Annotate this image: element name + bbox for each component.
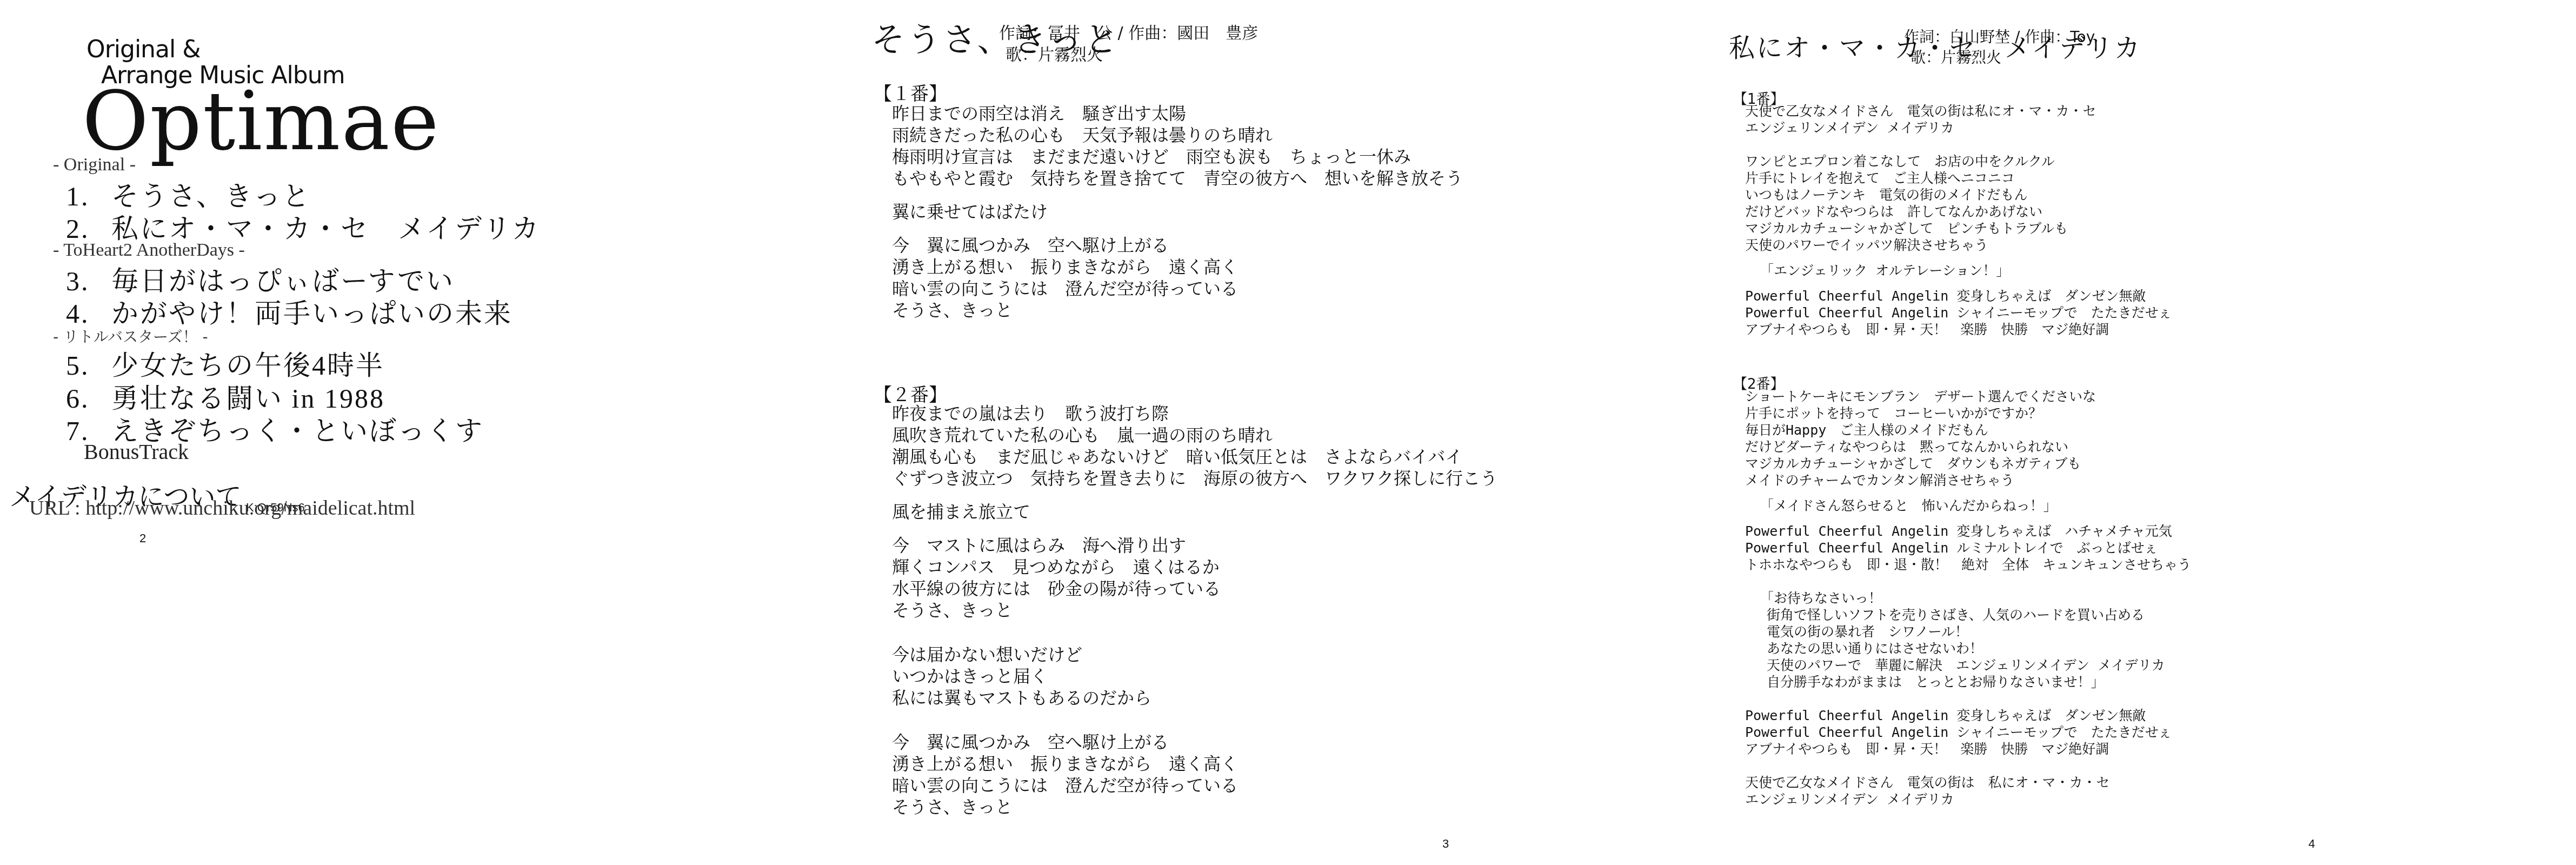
- lyric-line: 今は届かない想いだけど: [892, 644, 1497, 666]
- spoken-line: あなたの思い通りにはさせないわ！: [1745, 640, 2191, 657]
- spoken-line: 街角で怪しいソフトを売りさばき、人気のハードを買い占める: [1745, 607, 2191, 623]
- lyric-line: Powerful Cheerful Angelin 変身しちゃえば ダンゼン無敵: [1745, 288, 2172, 304]
- credits-writers: 作詞：冨井 公 / 作曲：國田 豊彦: [999, 23, 1258, 44]
- lyric-line: アブナイやつらも 即・昇・天！ 楽勝 快勝 マジ絶好調: [1745, 321, 2172, 338]
- lyric-line: 暗い雲の向こうには 澄んだ空が待っている: [892, 775, 1497, 796]
- lyric-line: ショートケーキにモンブラン デザート選んでくださいな: [1745, 388, 2191, 405]
- lyric-quote: 「エンジェリック オルテレーション！」: [1745, 262, 2172, 279]
- song-credits: 作詞：冨井 公 / 作曲：國田 豊彦 歌：片霧烈火: [999, 23, 1258, 66]
- lyric-line: 天使のパワーでイッパツ解決させちゃう: [1745, 237, 2172, 254]
- lyric-line: Powerful Cheerful Angelin シャイニーモップで たたきだ…: [1745, 724, 2191, 741]
- page-2-tracklist: Original & Arrange Music Album Optimae -…: [0, 0, 854, 865]
- lyric-line: そうさ、きっと: [892, 796, 1497, 818]
- section-label-toheart2: - ToHeart2 AnotherDays -: [53, 240, 245, 261]
- page-number: 2: [139, 531, 146, 545]
- lyric-line: もやもやと霞む 気持ちを置き捨てて 青空の彼方へ 想いを解き放そう: [892, 168, 1463, 189]
- lyric-line: いつかはきっと届く: [892, 666, 1497, 687]
- track-title: かがやけ！両手いっぱいの未来: [111, 298, 512, 329]
- lyric-line: だけどダーティなやつらは 黙ってなんかいられない: [1745, 438, 2191, 455]
- track-title: 私にオ・マ・カ・セ メイデリカ: [111, 214, 541, 244]
- album-subtitle-line-1: Original &: [86, 36, 200, 63]
- lyric-line: エンジェリンメイデン メイデリカ: [1745, 119, 2172, 136]
- serial-code: K:Qr59Ns6: [246, 501, 305, 515]
- spoken-line: 天使のパワーで 華麗に解決 エンジェリンメイデン メイデリカ: [1745, 657, 2191, 674]
- lyric-line: そうさ、きっと: [892, 600, 1497, 621]
- spoken-line: 自分勝手なわがままは とっととお帰りなさいませ！」: [1745, 674, 2191, 690]
- section-label-original: - Original -: [53, 155, 136, 175]
- lyric-line: メイドのチャームでカンタン解消させちゃう: [1745, 472, 2191, 489]
- lyric-line: だけどバッドなやつらは 許してなんかあげない: [1745, 203, 2172, 220]
- lyric-line: 湧き上がる想い 振りまきながら 遠く高く: [892, 256, 1463, 278]
- lyric-line: 今 翼に風つかみ 空へ駆け上がる: [892, 731, 1497, 753]
- lyric-line: トホホなやつらも 即・退・散！ 絶対 全体 キュンキュンさせちゃう: [1745, 556, 2191, 573]
- lyric-line: マジカルカチューシャかざして ピンチもトラブルも: [1745, 220, 2172, 237]
- lyric-line: そうさ、きっと: [892, 300, 1463, 321]
- album-title: Optimae: [82, 81, 440, 162]
- lyric-quote: 「メイドさん怒らせると 怖いんだからねっ！」: [1745, 497, 2191, 514]
- lyric-line: 今 翼に風つかみ 空へ駆け上がる: [892, 235, 1463, 256]
- lyric-line: ワンピとエプロン着こなして お店の中をクルクル: [1745, 153, 2172, 170]
- page-number: 4: [2308, 837, 2315, 851]
- lyric-line: Powerful Cheerful Angelin 変身しちゃえば ハチャメチャ…: [1745, 523, 2191, 540]
- lyric-line: 暗い雲の向こうには 澄んだ空が待っている: [892, 278, 1463, 300]
- lyric-line: いつもはノーテンキ 電気の街のメイドだもん: [1745, 187, 2172, 203]
- lyric-line: Powerful Cheerful Angelin ルミナルトレイで ぶっとばせ…: [1745, 540, 2191, 556]
- lyrics-block: ショートケーキにモンブラン デザート選んでくださいな 片手にポットを持って コー…: [1745, 388, 2191, 808]
- lyric-line: 輝くコンパス 見つめながら 遠くはるか: [892, 556, 1497, 578]
- lyric-line: 昨日までの雨空は消え 騒ぎ出す太陽: [892, 103, 1463, 124]
- lyric-line: アブナイやつらも 即・昇・天！ 楽勝 快勝 マジ絶好調: [1745, 741, 2191, 757]
- spoken-line: 電気の街の暴れ者 シワノール！: [1745, 623, 2191, 640]
- lyric-line: 天使で乙女なメイドさん 電気の街は 私にオ・マ・カ・セ: [1745, 774, 2191, 791]
- lyric-line: 天使で乙女なメイドさん 電気の街は私にオ・マ・カ・セ: [1745, 103, 2172, 119]
- page-number: 3: [1442, 837, 1449, 851]
- lyric-line: 昨夜までの嵐は去り 歌う波打ち際: [892, 403, 1497, 424]
- credits-vocal: 歌：片霧烈火: [999, 44, 1258, 66]
- lyric-line: 雨続きだった私の心も 天気予報は曇りのち晴れ: [892, 124, 1463, 146]
- spoken-line: 「お待ちなさいっ！: [1745, 590, 2191, 607]
- credits-writers: 作詞：白山野埜 / 作曲：Toy: [1904, 27, 2095, 48]
- lyric-line: 私には翼もマストもあるのだから: [892, 687, 1497, 709]
- verse-1-label: 【１番】: [874, 79, 947, 105]
- lyric-line: 梅雨明け宣言は まだまだ遠いけど 雨空も涙も ちょっと一休み: [892, 146, 1463, 168]
- lyric-line: 翼に乗せてはばたけ: [892, 201, 1463, 223]
- bonus-track-label: BonusTrack: [84, 439, 189, 464]
- track-number: 4.: [66, 298, 111, 329]
- lyrics-block: 昨日までの雨空は消え 騒ぎ出す太陽 雨続きだった私の心も 天気予報は曇りのち晴れ…: [892, 103, 1463, 321]
- lyric-line: 湧き上がる想い 振りまきながら 遠く高く: [892, 753, 1497, 775]
- track-title: 少女たちの午後4時半: [111, 350, 384, 381]
- page-3-lyrics-sousa-kitto: そうさ、きっと 作詞：冨井 公 / 作曲：國田 豊彦 歌：片霧烈火 【１番】 昨…: [854, 0, 1714, 865]
- lyric-line: ぐずつき波立つ 気持ちを置き去りに 海原の彼方へ ワクワク探しに行こう: [892, 468, 1497, 489]
- lyric-line: 潮風も心も まだ凪じゃあないけど 暗い低気圧とは さよならバイバイ: [892, 446, 1497, 468]
- lyric-line: 水平線の彼方には 砂金の陽が待っている: [892, 578, 1497, 600]
- lyric-line: 風を捕まえ旅立て: [892, 501, 1497, 523]
- lyric-line: 片手にトレイを抱えて ご主人様へニコニコ: [1745, 170, 2172, 187]
- lyric-line: Powerful Cheerful Angelin シャイニーモップで たたきだ…: [1745, 304, 2172, 321]
- lyric-line: 毎日がHappy ご主人様のメイドだもん: [1745, 422, 2191, 438]
- lyric-line: 片手にポットを持って コーヒーいかがですか？: [1745, 405, 2191, 422]
- lyric-line: Powerful Cheerful Angelin 変身しちゃえば ダンゼン無敵: [1745, 707, 2191, 724]
- lyric-line: 今 マストに風はらみ 海へ滑り出す: [892, 535, 1497, 556]
- website-url[interactable]: URL : http://www.unchiku.org/maidelicat.…: [29, 496, 415, 520]
- song-credits: 作詞：白山野埜 / 作曲：Toy 歌：片霧烈火: [1904, 27, 2095, 68]
- page-4-lyrics-maidelica: 私にオ・マ・カ・セ メイデリカ 作詞：白山野埜 / 作曲：Toy 歌：片霧烈火 …: [1714, 0, 2576, 865]
- lyric-line: マジカルカチューシャかざして ダウンもネガティブも: [1745, 455, 2191, 472]
- lyric-line: エンジェリンメイデン メイデリカ: [1745, 791, 2191, 808]
- lyrics-block: 天使で乙女なメイドさん 電気の街は私にオ・マ・カ・セ エンジェリンメイデン メイ…: [1745, 103, 2172, 338]
- lyric-line: 風吹き荒れていた私の心も 嵐一過の雨のち晴れ: [892, 424, 1497, 446]
- credits-vocal: 歌：片霧烈火: [1904, 48, 2095, 68]
- lyrics-block: 昨夜までの嵐は去り 歌う波打ち際 風吹き荒れていた私の心も 嵐一過の雨のち晴れ …: [892, 403, 1497, 818]
